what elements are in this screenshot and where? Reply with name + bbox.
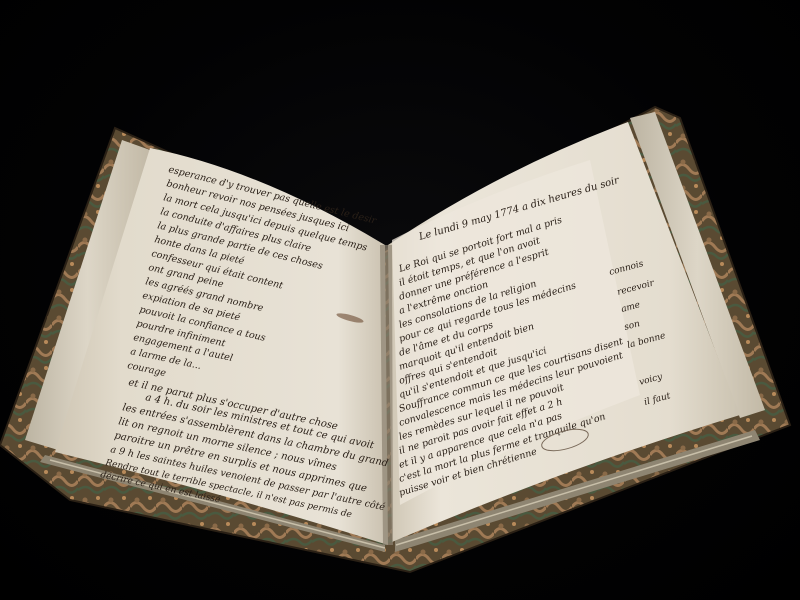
manuscript-book: esperance d'y trouver pas quelle est le …: [0, 0, 800, 600]
